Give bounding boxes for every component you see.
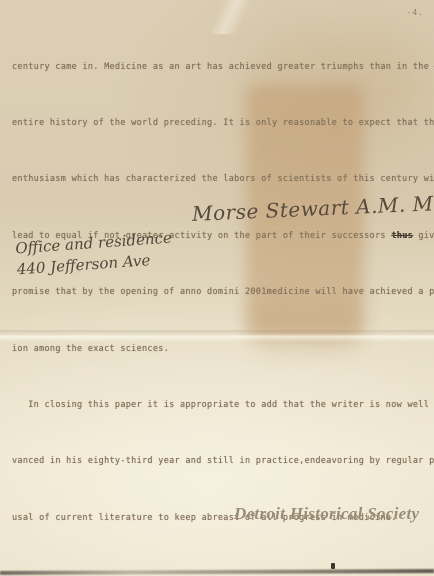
typed-line: century came in. Medicine as an art has …: [12, 58, 434, 77]
typed-line: vanced in his eighty-third year and stil…: [12, 452, 434, 471]
struck-out-word: thus: [391, 231, 413, 241]
ink-speck: [331, 563, 335, 569]
typewritten-body: century came in. Medicine as an art has …: [12, 20, 434, 546]
typed-line: ion among the exact sciences.: [12, 340, 434, 359]
watermark-text: Detroit Historical Society: [234, 504, 419, 524]
typed-line: entire history of the world preceding. I…: [12, 114, 434, 133]
page-number: -4.: [407, 8, 424, 17]
typed-line: In closing this paper it is appropriate …: [12, 396, 434, 415]
typed-line: promise that by the opening of anno domi…: [12, 283, 434, 302]
typed-line: enthusiasm which has characterized the l…: [12, 170, 434, 189]
